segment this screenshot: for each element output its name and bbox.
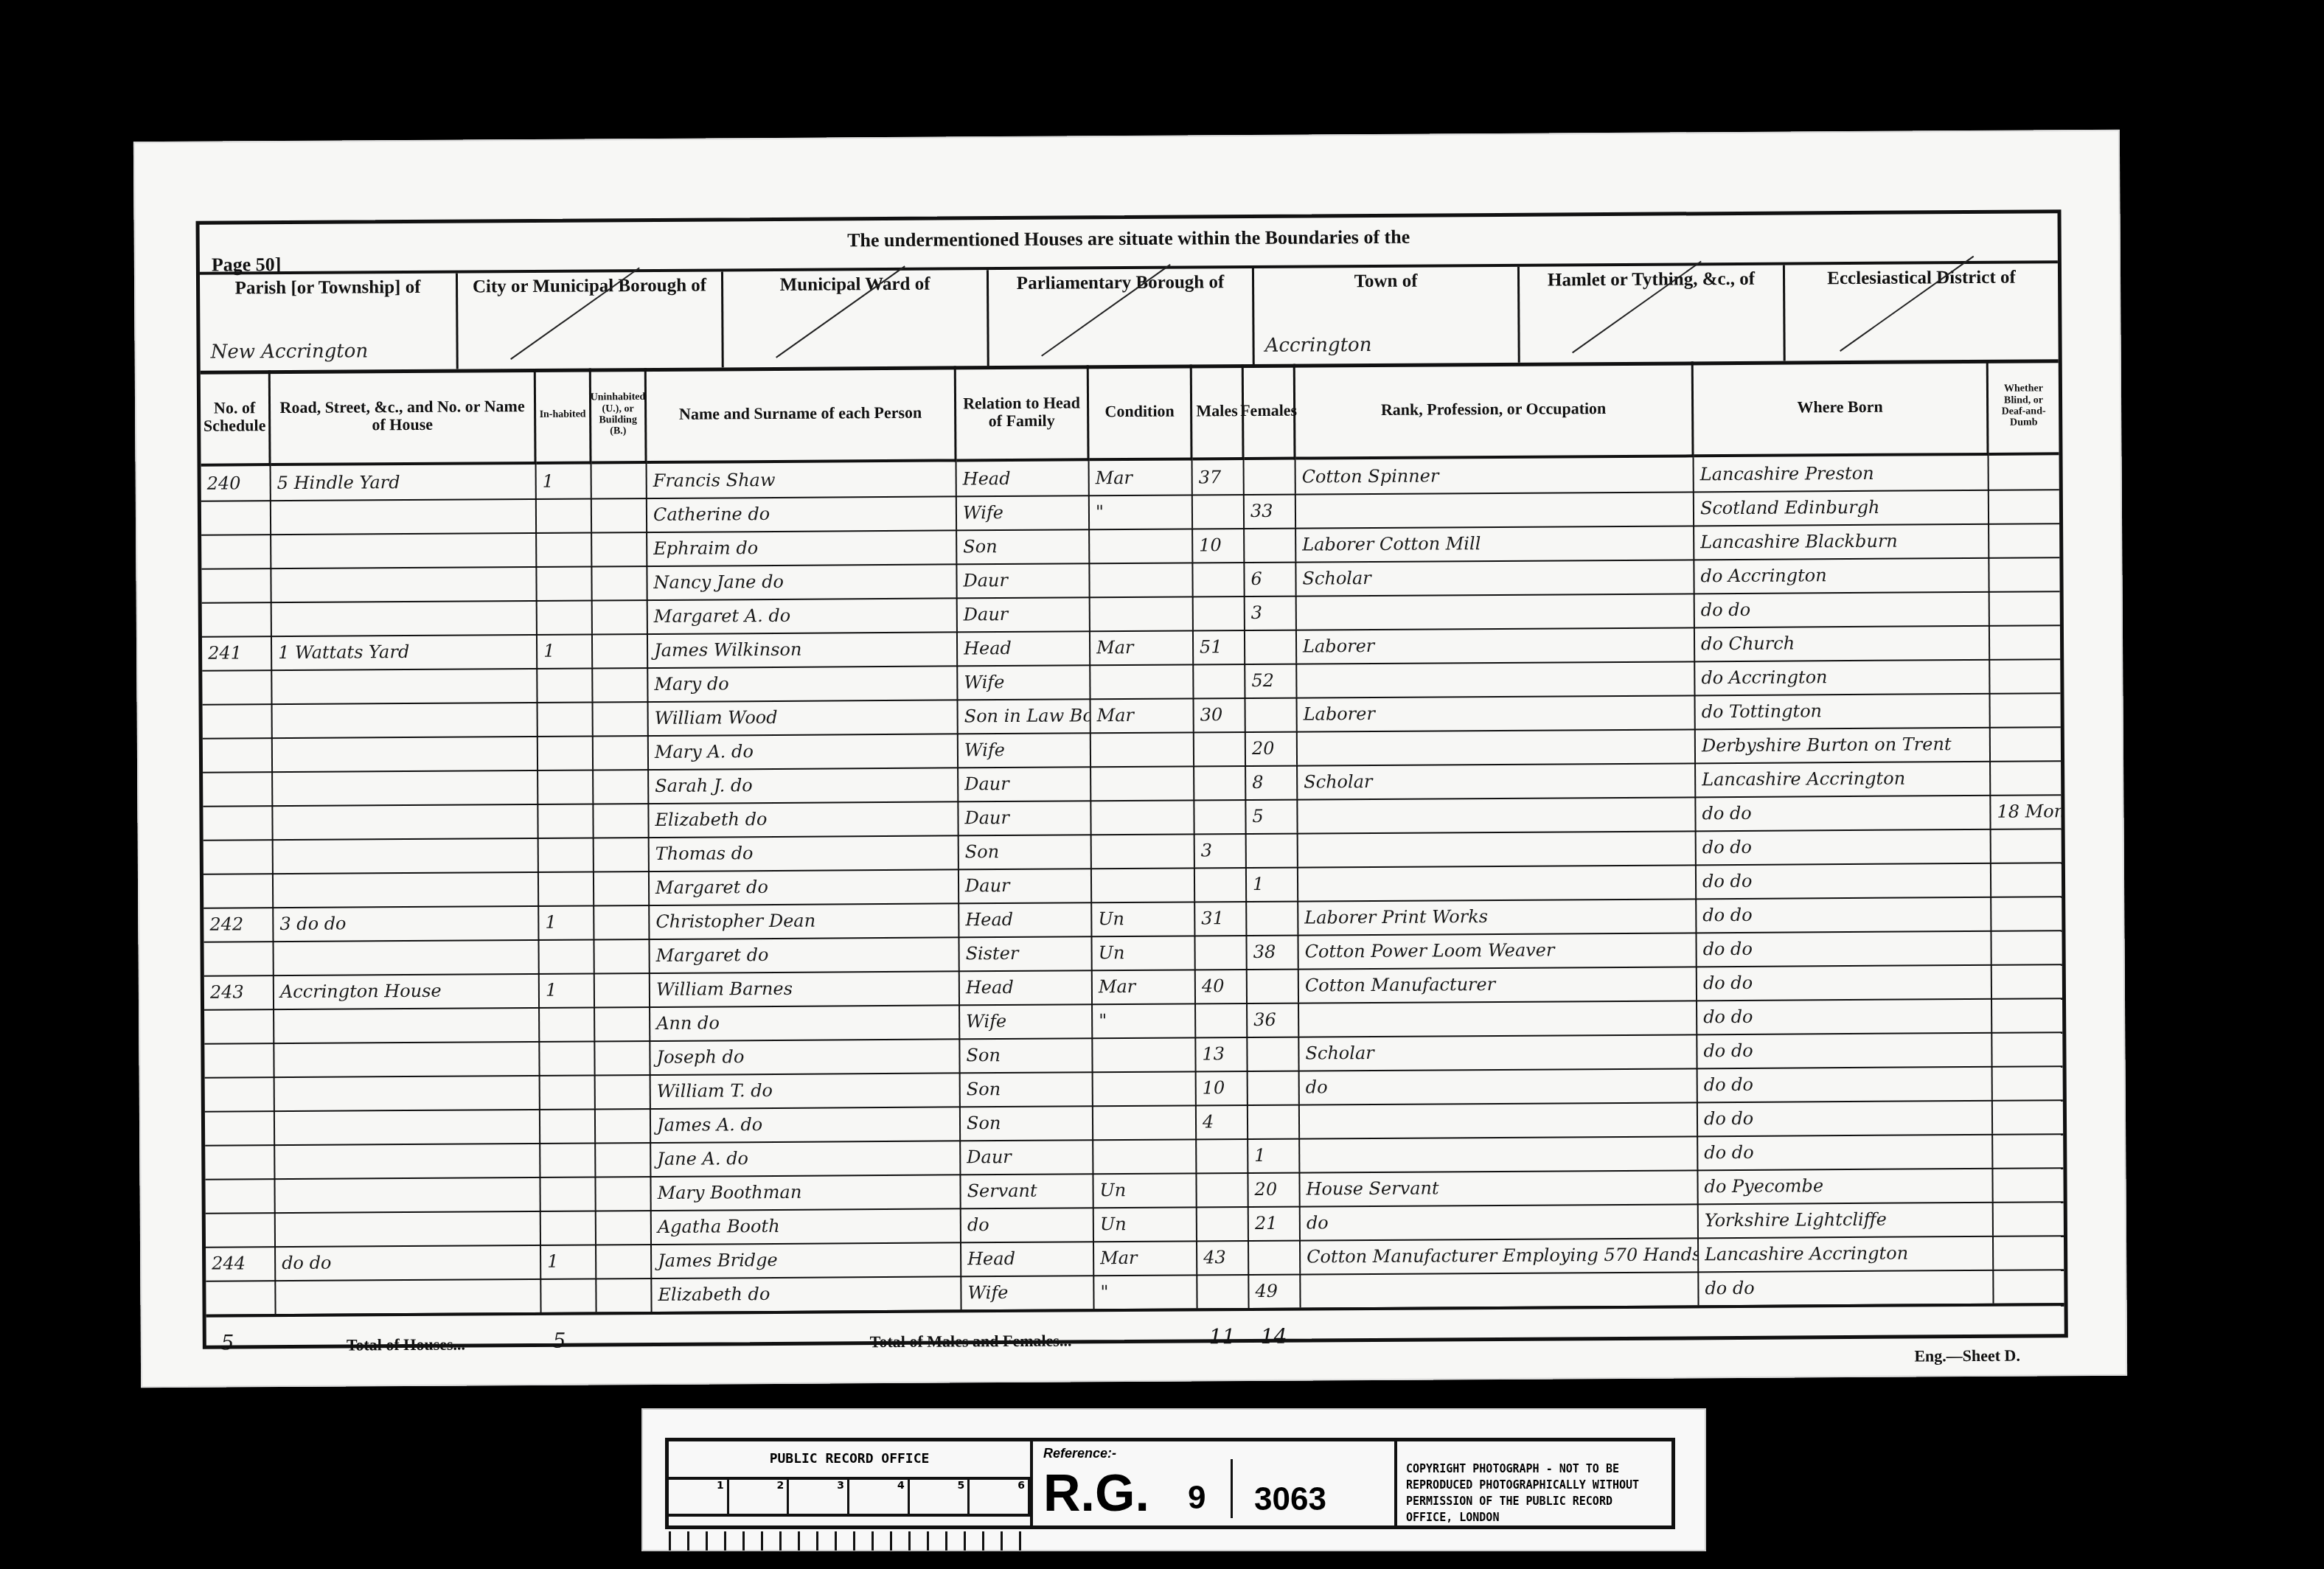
cell-road: [276, 1211, 541, 1246]
cell-cond: [1093, 1071, 1197, 1105]
cell-cond: Mar: [1090, 630, 1194, 664]
cell-occ: Cotton Power Loom Weaver: [1298, 932, 1697, 968]
total-persons-label: Total of Males and Females...: [870, 1332, 1072, 1352]
cell-born: do do: [1697, 829, 1991, 864]
cell-blind: [1991, 828, 2062, 863]
cell-cond: [1091, 765, 1194, 800]
cell-inh: [541, 1278, 596, 1312]
cell-inh: [540, 1142, 596, 1176]
cell-schedule: 244: [206, 1246, 276, 1281]
census-form: The undermentioned Houses are situate wi…: [196, 209, 2068, 1349]
cell-f: [1248, 969, 1299, 1003]
cell-m: [1197, 1138, 1248, 1172]
cell-blind: [1993, 1133, 2063, 1168]
cell-unin: [596, 1210, 652, 1244]
cell-name: Ephraim do: [647, 529, 957, 566]
cell-occ: Laborer: [1297, 695, 1695, 731]
cell-road: [271, 566, 537, 602]
cell-born: do Accrington: [1694, 557, 1989, 593]
cell-f: [1245, 528, 1296, 562]
cell-unin: [596, 1244, 652, 1278]
cell-f: 3: [1245, 596, 1297, 630]
totals-row: 5 Total of Houses... 5 Total of Males an…: [206, 1303, 2064, 1379]
col-condition: Condition: [1089, 364, 1193, 461]
cell-cond: [1090, 596, 1194, 630]
cell-m: 51: [1194, 630, 1245, 664]
cell-born: Lancashire Accrington: [1699, 1236, 1994, 1271]
cell-road: [273, 770, 538, 805]
cell-unin: [594, 769, 649, 803]
cell-name: Francis Shaw: [647, 462, 957, 498]
cell-name: Elizabeth do: [649, 801, 959, 837]
cell-m: 3: [1195, 833, 1247, 867]
cell-unin: [594, 701, 649, 735]
census-page: The undermentioned Houses are situate wi…: [133, 130, 2127, 1388]
cell-blind: [1992, 1031, 2062, 1066]
cell-road: [274, 838, 539, 873]
borough-field: City or Municipal Borough of: [458, 271, 724, 369]
cell-f: [1248, 1037, 1299, 1071]
cell-born: Scotland Edinburgh: [1694, 490, 1989, 525]
cell-occ: Scholar: [1296, 559, 1694, 595]
cell-f: [1247, 901, 1298, 935]
cell-m: 13: [1196, 1037, 1248, 1071]
cell-occ: [1300, 1102, 1698, 1138]
cell-f: [1249, 1240, 1301, 1274]
cell-name: Nancy Jane do: [647, 563, 957, 599]
cell-blind: [1994, 1269, 2064, 1304]
cell-occ: [1296, 491, 1694, 527]
cell-cond: Un: [1093, 1172, 1197, 1207]
cell-inh: [539, 939, 594, 973]
cell-inh: [540, 1040, 595, 1074]
cell-schedule: [201, 568, 271, 602]
parish-field: Parish [or Township] of New Accrington: [200, 274, 459, 371]
cell-cond: Mar: [1093, 969, 1196, 1003]
cell-unin: [592, 532, 647, 566]
cell-rel: Son: [957, 529, 1090, 563]
cell-road: [271, 498, 537, 534]
cell-name: Mary A. do: [649, 733, 959, 769]
cell-blind: [1992, 998, 2062, 1032]
cell-blind: [1990, 658, 2060, 693]
cell-cond: [1092, 833, 1195, 868]
cell-unin: [592, 498, 647, 532]
cell-road: [272, 600, 537, 636]
cell-unin: [596, 1074, 651, 1108]
cell-inh: 1: [537, 464, 592, 498]
cell-blind: [1991, 862, 2062, 897]
cell-schedule: [201, 500, 271, 535]
cell-inh: [537, 566, 592, 599]
cell-road: [273, 702, 538, 737]
cell-schedule: [203, 703, 273, 738]
cell-road: 5 Hindle Yard: [271, 465, 537, 500]
cell-schedule: 241: [202, 636, 272, 670]
cell-born: do do: [1695, 591, 1990, 627]
town-field: Town of Accrington: [1254, 267, 1520, 364]
cell-inh: 1: [540, 973, 595, 1006]
cell-cond: ": [1090, 494, 1193, 529]
cell-name: Joseph do: [650, 1038, 960, 1074]
cell-schedule: [205, 1076, 275, 1111]
col-schedule: No. of Schedule: [201, 370, 271, 467]
cell-schedule: [205, 1144, 275, 1179]
cell-unin: [592, 566, 647, 599]
cell-rel: Son: [961, 1105, 1093, 1140]
cell-unin: [594, 905, 650, 939]
total-schedules: 5: [221, 1330, 234, 1354]
cell-rel: Wife: [960, 1003, 1093, 1038]
cell-occ: [1298, 864, 1697, 900]
cell-inh: [538, 769, 594, 803]
cell-road: [272, 668, 537, 703]
cell-occ: do: [1301, 1203, 1699, 1239]
cell-blind: [1991, 760, 2061, 795]
cell-rel: Daur: [957, 563, 1090, 597]
cell-cond: [1091, 731, 1194, 766]
cell-name: James Bridge: [652, 1242, 961, 1278]
cell-m: 40: [1196, 969, 1248, 1003]
cell-m: [1193, 494, 1245, 528]
cell-m: [1194, 765, 1246, 799]
cell-blind: [1992, 964, 2062, 998]
cell-inh: 1: [537, 633, 593, 667]
cell-occ: House Servant: [1300, 1169, 1698, 1206]
cell-schedule: [203, 873, 274, 908]
cell-road: [274, 1007, 540, 1043]
ecclesiastical-district-field: Ecclesiastical District of: [1785, 263, 2059, 361]
sheet-footnote: Eng.—Sheet D.: [1914, 1346, 2020, 1366]
cell-blind: [1990, 692, 2060, 727]
cell-schedule: [206, 1212, 276, 1247]
census-table: No. of Schedule Road, Street, &c., and N…: [201, 359, 2064, 1345]
cell-m: [1197, 1206, 1249, 1240]
cell-m: [1194, 731, 1246, 765]
cell-road: 3 do do: [274, 905, 539, 941]
cell-schedule: [203, 839, 274, 874]
cell-schedule: [202, 602, 272, 636]
cell-schedule: [204, 1043, 274, 1077]
cell-road: do do: [276, 1245, 541, 1280]
cell-name: Sarah J. do: [649, 767, 959, 803]
col-blind: Whether Blind, or Deaf-and-Dumb: [1989, 359, 2059, 456]
cell-blind: [1993, 1065, 2063, 1100]
cell-unin: [595, 973, 650, 1006]
cell-road: [273, 736, 538, 771]
cell-m: [1197, 1274, 1249, 1308]
cell-born: do Tottington: [1695, 693, 1990, 728]
cell-cond: [1090, 664, 1194, 698]
cell-born: Lancashire Preston: [1694, 456, 1989, 491]
cell-f: [1245, 460, 1296, 494]
cell-rel: Head: [961, 1241, 1094, 1276]
cell-born: Lancashire Blackburn: [1694, 523, 1989, 559]
cell-occ: Scholar: [1299, 1034, 1697, 1070]
cell-schedule: [202, 669, 272, 704]
cell-name: William T. do: [651, 1072, 961, 1108]
cell-unin: [594, 871, 650, 905]
cell-schedule: 243: [204, 975, 274, 1009]
cell-unin: [596, 1108, 651, 1142]
cell-road: [275, 1075, 540, 1110]
cell-blind: [1989, 557, 2059, 591]
cell-m: [1194, 664, 1245, 697]
cell-name: Ann do: [650, 1004, 960, 1040]
cell-unin: [593, 633, 648, 667]
cell-unin: [595, 1040, 650, 1074]
cell-f: 36: [1248, 1003, 1299, 1037]
cell-road: [275, 1109, 540, 1144]
cell-schedule: [203, 805, 273, 840]
parliamentary-borough-field: Parliamentary Borough of: [989, 268, 1255, 366]
cell-rel: Wife: [959, 732, 1091, 767]
col-where-born: Where Born: [1694, 360, 1989, 457]
cell-born: do do: [1697, 863, 1991, 898]
cell-road: [275, 1143, 540, 1178]
cell-cond: ": [1093, 1003, 1196, 1037]
cell-m: [1196, 1003, 1248, 1037]
cell-born: do do: [1696, 795, 1991, 830]
total-houses: 5: [553, 1329, 566, 1353]
cell-rel: Son: [960, 1037, 1093, 1072]
cell-occ: do: [1300, 1068, 1698, 1104]
cell-name: William Barnes: [650, 970, 960, 1006]
cell-cond: ": [1094, 1274, 1197, 1309]
cell-occ: [1297, 593, 1695, 629]
cell-rel: Daur: [959, 800, 1091, 835]
cell-born: do do: [1697, 1032, 1992, 1068]
cell-m: [1193, 562, 1245, 596]
cell-inh: [537, 599, 593, 633]
reference-number: Reference:- R.G. 9 3063: [1033, 1441, 1397, 1525]
cell-rel: Wife: [957, 495, 1090, 529]
cell-rel: Son: [959, 834, 1092, 869]
cell-name: Thomas do: [650, 835, 959, 871]
cell-rel: Son in Law Boarder: [959, 698, 1091, 733]
cell-name: Jane A. do: [651, 1140, 961, 1176]
cell-unin: [592, 464, 647, 498]
cell-name: Margaret do: [650, 936, 959, 973]
cell-f: 20: [1248, 1172, 1300, 1206]
cell-inh: [538, 735, 594, 769]
cell-cond: [1090, 562, 1193, 596]
cell-occ: [1298, 796, 1696, 832]
cell-born: do do: [1699, 1270, 1994, 1305]
total-males: 11: [1209, 1324, 1236, 1349]
cell-f: 6: [1245, 562, 1296, 596]
cell-rel: Sister: [959, 936, 1092, 970]
cell-road: [275, 1177, 540, 1212]
cell-road: [274, 939, 539, 975]
cell-m: [1195, 935, 1247, 969]
cell-rel: Wife: [961, 1275, 1094, 1309]
cell-born: do Pyecombe: [1698, 1168, 1993, 1203]
cell-road: [274, 1041, 540, 1076]
cell-inh: 1: [541, 1244, 596, 1278]
cell-blind: [1994, 1201, 2064, 1236]
cell-born: do Accrington: [1695, 659, 1990, 695]
cell-name: Christopher Dean: [650, 902, 959, 939]
cell-blind: [1990, 591, 2060, 625]
cell-occ: Scholar: [1298, 762, 1696, 799]
cell-m: 43: [1197, 1240, 1249, 1274]
cell-f: 20: [1246, 731, 1298, 765]
cell-unin: [594, 837, 650, 871]
cell-m: [1195, 867, 1247, 901]
cell-schedule: [205, 1178, 275, 1213]
cell-blind: [1990, 625, 2060, 659]
cell-f: 21: [1249, 1206, 1301, 1240]
cell-blind: [1989, 523, 2059, 557]
cell-f: 5: [1246, 799, 1298, 833]
cell-unin: [594, 803, 649, 837]
cell-m: 31: [1195, 901, 1247, 935]
cell-cond: [1093, 1037, 1196, 1071]
cell-unin: [594, 939, 650, 973]
cell-m: 37: [1193, 460, 1245, 494]
cell-f: 49: [1249, 1274, 1301, 1308]
cell-born: do Church: [1695, 625, 1990, 661]
cell-schedule: [205, 1110, 275, 1145]
cell-schedule: 242: [203, 907, 274, 942]
cell-f: 1: [1247, 867, 1298, 901]
cell-rel: Wife: [958, 664, 1090, 699]
col-inhabited: In-habited: [536, 368, 592, 464]
cell-cond: [1091, 799, 1194, 834]
cell-rel: Servant: [961, 1173, 1093, 1208]
cell-name: Catherine do: [647, 495, 957, 532]
cell-f: 8: [1246, 765, 1298, 799]
ruler-cm: 1 2 3 4 5 6: [669, 1480, 1030, 1517]
cell-schedule: 240: [201, 466, 271, 501]
cell-cond: Un: [1094, 1206, 1197, 1241]
cell-schedule: [203, 737, 273, 772]
cell-road: [273, 804, 538, 839]
cell-occ: [1300, 1135, 1698, 1172]
reference-label: PUBLIC RECORD OFFICE 1 2 3 4 5 6 Referen…: [641, 1408, 1706, 1551]
cell-m: 10: [1197, 1071, 1248, 1104]
cell-blind: 18 Months Blind: [1991, 794, 2061, 829]
cell-cond: [1092, 867, 1195, 902]
cell-inh: [537, 532, 592, 566]
cell-occ: [1298, 830, 1697, 866]
cell-blind: [1989, 489, 2059, 523]
cell-name: Margaret do: [650, 869, 959, 905]
cell-f: 1: [1248, 1138, 1300, 1172]
cell-f: [1245, 630, 1297, 664]
total-females: 14: [1261, 1324, 1287, 1349]
cell-rel: Daur: [961, 1139, 1093, 1174]
ruler-inch: [669, 1517, 1030, 1551]
cell-unin: [596, 1278, 652, 1312]
cell-inh: [537, 498, 592, 532]
hamlet-field: Hamlet or Tything, &c., of: [1520, 265, 1786, 363]
cell-inh: [539, 837, 594, 871]
cell-inh: [540, 1108, 596, 1142]
cell-name: Margaret A. do: [648, 597, 958, 633]
ward-field: Municipal Ward of: [723, 270, 989, 367]
public-record-office-box: PUBLIC RECORD OFFICE 1 2 3 4 5 6: [669, 1441, 1033, 1525]
cell-f: [1245, 697, 1297, 731]
cell-occ: Cotton Manufacturer Employing 570 Hands: [1301, 1237, 1699, 1273]
cell-unin: [596, 1176, 651, 1210]
cell-inh: [540, 1074, 596, 1108]
col-occupation: Rank, Profession, or Occupation: [1295, 361, 1694, 459]
cell-f: 33: [1245, 494, 1296, 528]
cell-f: [1247, 833, 1298, 867]
cell-f: 38: [1247, 935, 1298, 969]
cell-born: do do: [1697, 897, 1991, 932]
cell-m: [1194, 799, 1246, 833]
cell-f: [1248, 1104, 1300, 1138]
cell-occ: [1301, 1271, 1699, 1307]
cell-inh: [537, 667, 593, 701]
cell-name: William Wood: [649, 699, 959, 735]
cell-road: 1 Wattats Yard: [272, 634, 537, 669]
cell-inh: [540, 1006, 595, 1040]
boundaries-header: Parish [or Township] of New Accrington C…: [200, 260, 2059, 374]
col-males: Males: [1192, 364, 1245, 460]
cell-m: [1197, 1172, 1248, 1206]
cell-name: James A. do: [651, 1106, 961, 1142]
cell-road: [271, 532, 537, 568]
cell-rel: Head: [958, 630, 1090, 665]
cell-occ: [1299, 1000, 1697, 1036]
cell-f: 52: [1245, 664, 1297, 697]
cell-occ: Laborer Print Works: [1298, 898, 1697, 934]
cell-blind: [1989, 455, 2059, 490]
cell-occ: Cotton Manufacturer: [1299, 966, 1697, 1002]
total-houses-label: Total of Houses...: [347, 1335, 465, 1355]
cell-road: [274, 872, 539, 907]
cell-cond: Mar: [1091, 697, 1194, 732]
cell-born: do do: [1697, 964, 1992, 1000]
cell-unin: [596, 1142, 651, 1176]
cell-schedule: [206, 1280, 276, 1315]
cell-cond: Un: [1092, 935, 1195, 970]
col-females: Females: [1244, 364, 1296, 460]
cell-inh: [538, 701, 594, 735]
cell-m: 10: [1193, 528, 1245, 562]
cell-blind: [1993, 1167, 2063, 1202]
col-uninhabited: Uninhabited (U.), or Building (B.): [591, 368, 647, 464]
col-relation: Relation to Head of Family: [956, 365, 1090, 462]
cell-rel: Daur: [959, 868, 1092, 902]
cell-schedule: [204, 1009, 274, 1043]
cell-blind: [1991, 726, 2061, 761]
cell-occ: Cotton Spinner: [1296, 457, 1694, 493]
cell-born: Derbyshire Burton on Trent: [1696, 727, 1991, 762]
cell-m: [1194, 596, 1245, 630]
cell-occ: Laborer: [1297, 627, 1695, 663]
cell-cond: Mar: [1094, 1240, 1197, 1275]
cell-born: do do: [1698, 1066, 1993, 1102]
form-banner: The undermentioned Houses are situate wi…: [200, 213, 2058, 264]
cell-m: 30: [1194, 697, 1245, 731]
cell-blind: [1991, 896, 2062, 930]
cell-name: Mary Boothman: [651, 1174, 961, 1210]
col-name: Name and Surname of each Person: [647, 366, 957, 464]
cell-unin: [593, 599, 648, 633]
cell-blind: [1991, 930, 2062, 964]
cell-blind: [1993, 1099, 2063, 1134]
cell-born: do do: [1697, 998, 1992, 1034]
cell-born: do do: [1697, 930, 1991, 966]
cell-unin: [594, 735, 649, 769]
cell-rel: do: [961, 1207, 1094, 1242]
cell-schedule: [203, 941, 274, 975]
